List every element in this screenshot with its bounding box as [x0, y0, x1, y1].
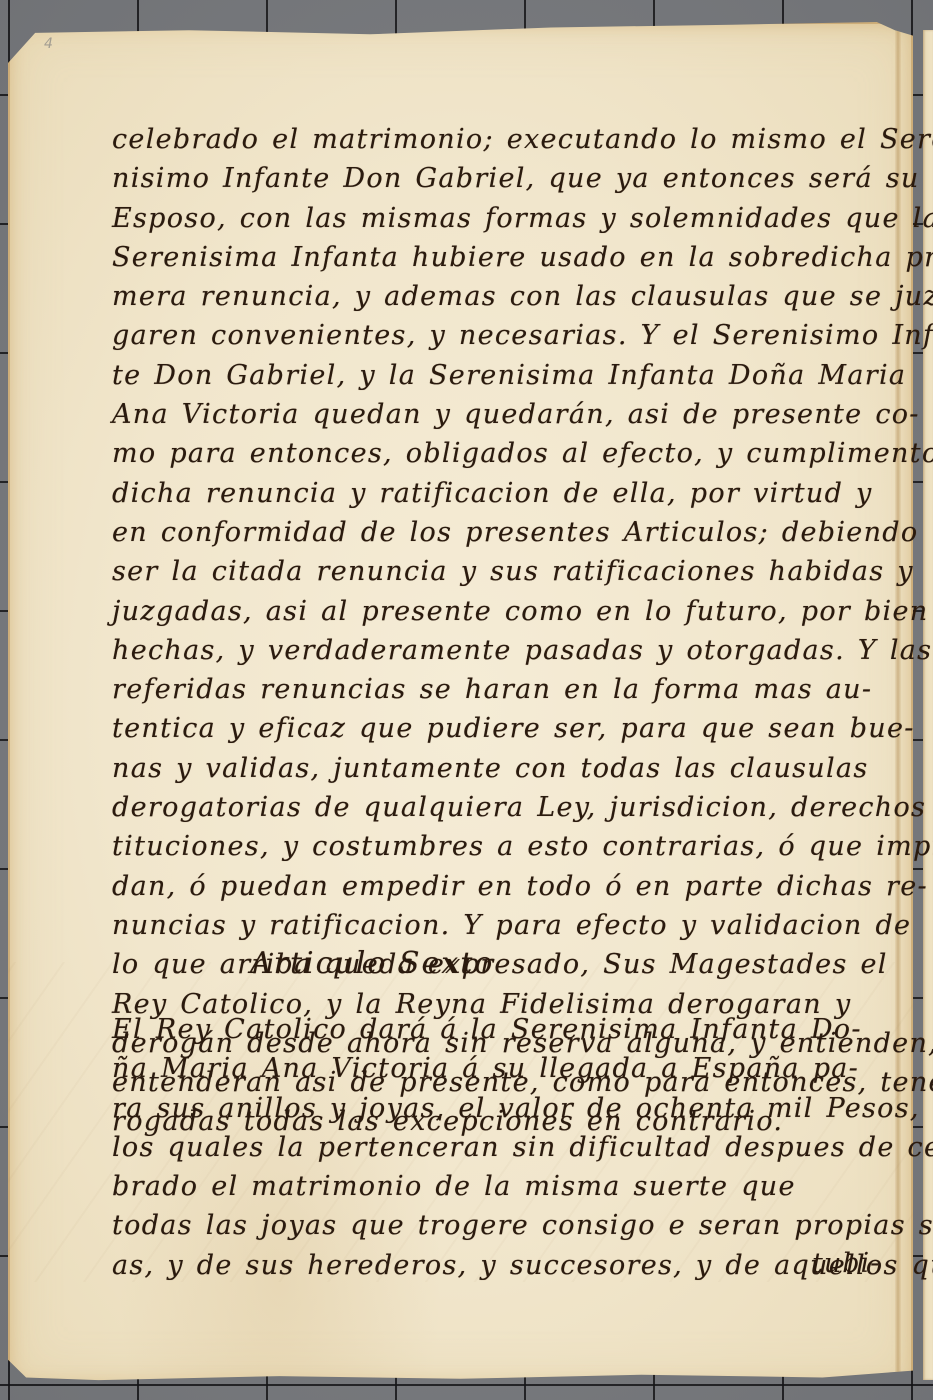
text-line: mo para entonces, obligados al efecto, y…	[112, 434, 882, 473]
text-line: te Don Gabriel, y la Serenisima Infanta …	[112, 356, 882, 395]
text-line: juzgadas, asi al presente como en lo fut…	[112, 592, 882, 631]
text-line: dicha renuncia y ratificacion de ella, p…	[112, 474, 882, 513]
folio-number: 4	[44, 36, 53, 52]
text-line: en conformidad de los presentes Articulo…	[112, 513, 882, 552]
text-line: ser la citada renuncia y sus ratificacio…	[112, 552, 882, 591]
text-line: Ana Victoria quedan y quedarán, asi de p…	[112, 395, 882, 434]
text-line: ña Maria Ana Victoria á su llegada a Esp…	[112, 1049, 882, 1088]
text-line: tituciones, y costumbres a esto contrari…	[112, 827, 882, 866]
text-line: Serenisima Infanta hubiere usado en la s…	[112, 238, 882, 277]
text-line: los quales la pertenceran sin dificultad…	[112, 1128, 882, 1167]
catchword: tubi-	[812, 1248, 880, 1279]
text-line: ra sus anillos y joyas, el valor de oche…	[112, 1089, 882, 1128]
text-line: dan, ó puedan empedir en todo ó en parte…	[112, 867, 882, 906]
article-heading: Articulo Sexto	[250, 946, 494, 981]
text-line: celebrado el matrimonio; executando lo m…	[112, 120, 882, 159]
text-line: nas y validas, juntamente con todas las …	[112, 749, 882, 788]
text-line: lo que arriba queda expresado, Sus Mages…	[112, 945, 882, 984]
body-text-section-2: El Rey Catolico dará á la Serenisima Inf…	[112, 1010, 882, 1285]
text-line: derogatorias de qualquiera Ley, jurisdic…	[112, 788, 882, 827]
text-line: as, y de sus herederos, y succesores, y …	[112, 1246, 882, 1285]
text-line: nisimo Infante Don Gabriel, que ya enton…	[112, 159, 882, 198]
text-line: mera renuncia, y ademas con las clausula…	[112, 277, 882, 316]
text-line: todas las joyas que trogere consigo e se…	[112, 1206, 882, 1245]
text-line: tentica y eficaz que pudiere ser, para q…	[112, 709, 882, 748]
text-line: hechas, y verdaderamente pasadas y otorg…	[112, 631, 882, 670]
body-text-section-1: celebrado el matrimonio; executando lo m…	[112, 120, 882, 1142]
text-line: garen convenientes, y necesarias. Y el S…	[112, 316, 882, 355]
text-line: nuncias y ratificacion. Y para efecto y …	[112, 906, 882, 945]
text-line: Esposo, con las mismas formas y solemnid…	[112, 199, 882, 238]
text-line: El Rey Catolico dará á la Serenisima Inf…	[112, 1010, 882, 1049]
text-line: brado el matrimonio de la misma suerte q…	[112, 1167, 882, 1206]
text-line: referidas renuncias se haran en la forma…	[112, 670, 882, 709]
